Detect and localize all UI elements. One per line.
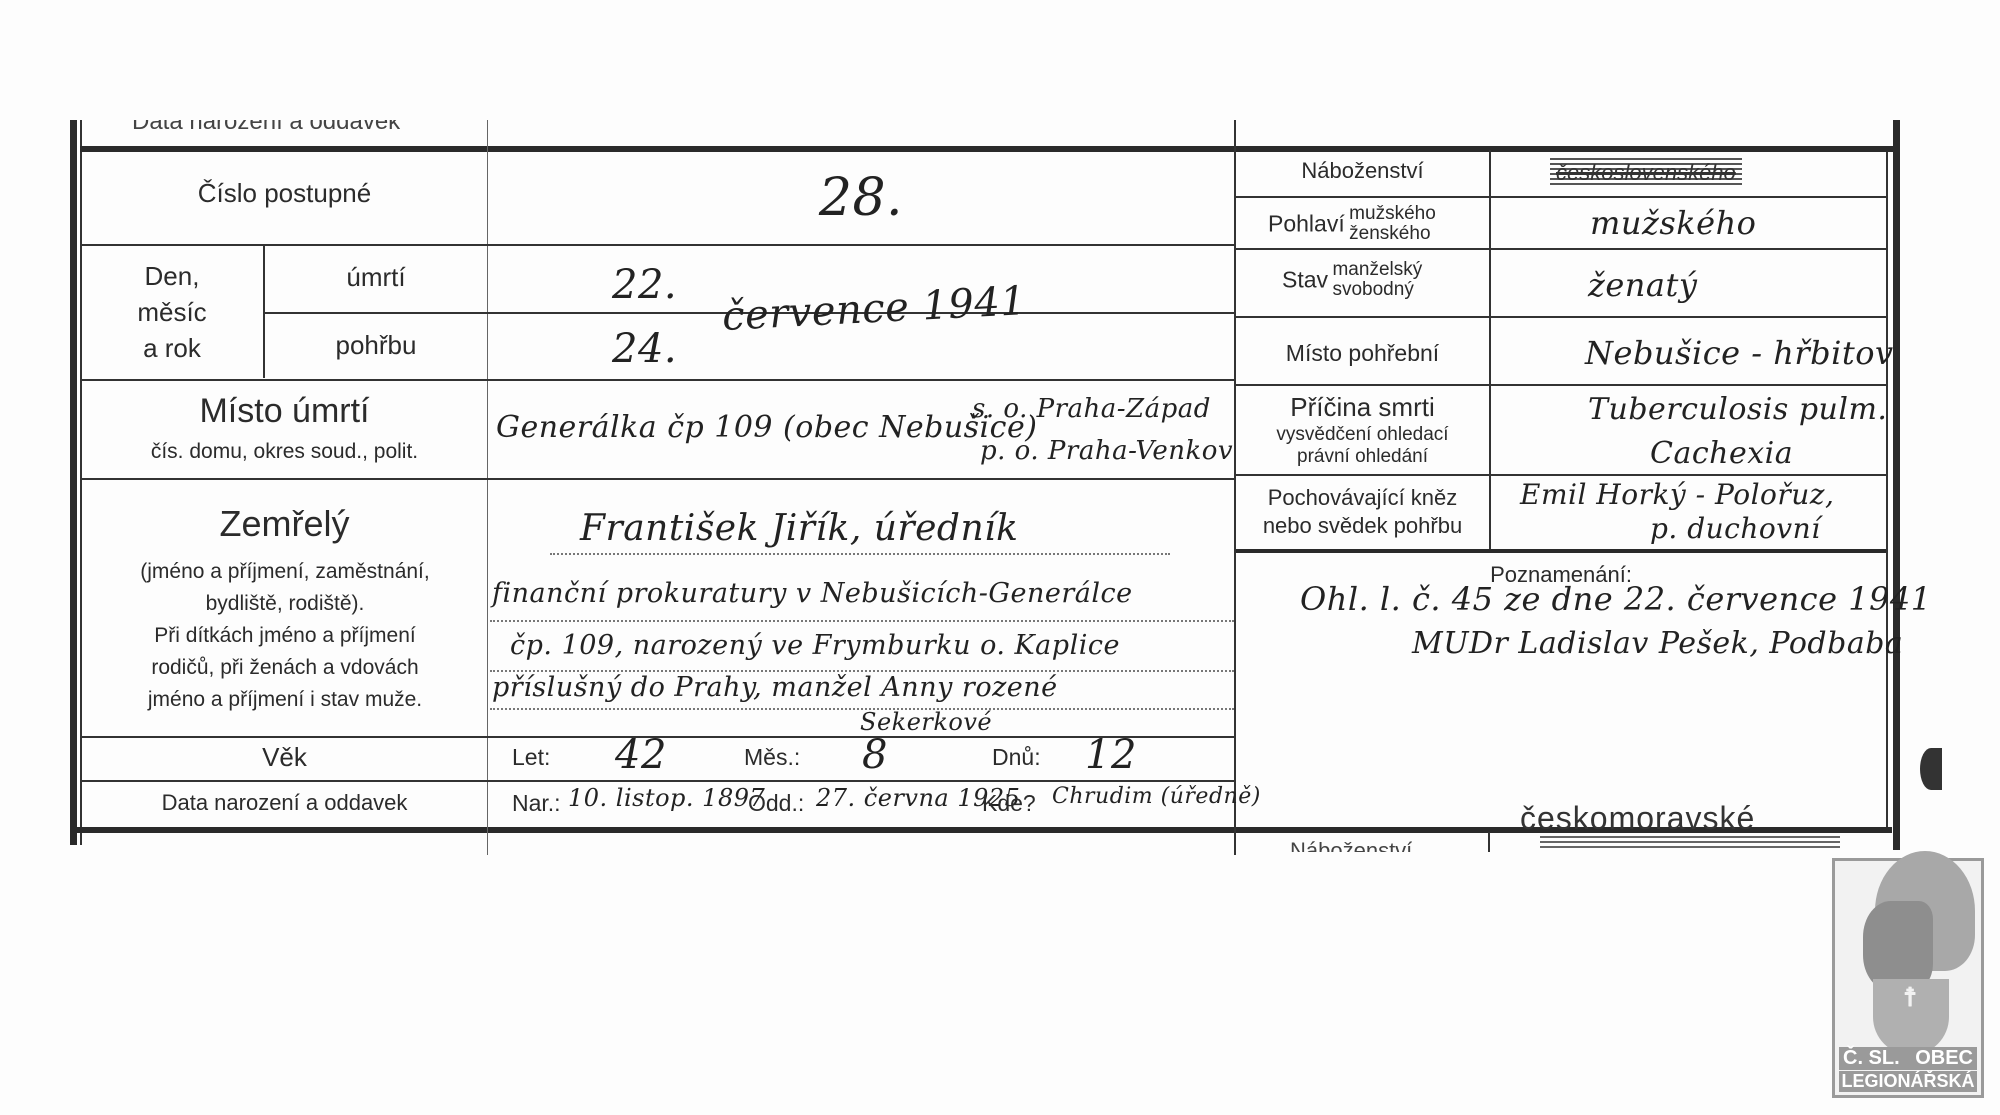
serial-label: Číslo postupné: [82, 178, 487, 209]
religion-label: Náboženství: [1236, 158, 1489, 184]
age-days-value: 12: [1085, 732, 1137, 778]
status-option-single: svobodný: [1332, 280, 1422, 300]
cause-value-2: Cachexia: [1650, 436, 1793, 471]
right-border-inner: [1886, 150, 1888, 830]
logo-line-1: Č. SL. OBEC: [1839, 1047, 1977, 1070]
deceased-line-1: [550, 553, 1170, 555]
place-value-district: s. o. Praha-Západ: [972, 394, 1211, 424]
birth-label: Nar.:: [512, 790, 561, 817]
place-sublabel: čís. domu, okres soud., polit.: [82, 440, 487, 464]
serial-value: 28.: [488, 168, 1234, 228]
birth-value: 10. listop. 1897: [568, 784, 765, 812]
where-label: Kde?: [982, 790, 1036, 817]
instr-line-2: bydliště, rodiště).: [90, 588, 480, 620]
rule-after-place: [82, 478, 1234, 480]
logo-text-right: OBEC: [1915, 1047, 1973, 1070]
sex-option-female: ženského: [1349, 224, 1436, 244]
deceased-line-2: [490, 620, 1234, 622]
next-record-divider-1: [1234, 832, 1236, 852]
deceased-value-4: příslušný do Prahy, manžel Anny rozené: [492, 672, 1058, 703]
right-label-divider: [1489, 150, 1491, 550]
place-value: Generálka čp 109 (obec Nebušice): [496, 410, 1037, 445]
logo-line-2: LEGIONÁŘSKÁ: [1839, 1071, 1977, 1092]
status-label-group: Stav manželský svobodný: [1282, 260, 1422, 300]
deceased-instructions: (jméno a příjmení, zaměstnání, bydliště,…: [90, 556, 480, 716]
instr-line-3: Při dítkách jméno a příjmení: [90, 620, 480, 652]
cutoff-header-label: Data narození a oddavek: [132, 108, 400, 136]
instr-line-5: jméno a příjmení i stav muže.: [90, 684, 480, 716]
dates-label: Data narození a oddavek: [82, 790, 487, 816]
date-group-line-2: měsíc: [82, 294, 262, 330]
age-label: Věk: [82, 742, 487, 773]
deceased-label: Zemřelý: [82, 503, 487, 545]
death-day-value: 22.: [612, 262, 677, 308]
notes-value-2: MUDr Ladislav Pešek, Podbaba: [1412, 626, 1903, 661]
sex-label: Pohlaví: [1268, 211, 1345, 237]
religion-next-strike: [1540, 836, 1840, 850]
burial-place-label: Místo pohřební: [1236, 340, 1489, 367]
double-cross-icon: ☨: [1903, 983, 1917, 1013]
cause-subline-1: vysvědčení ohledací: [1236, 424, 1489, 446]
status-option-married: manželský: [1332, 260, 1422, 280]
status-value: ženatý: [1588, 266, 1697, 304]
burial-date-label: pohřbu: [265, 330, 487, 361]
label-column-divider: [487, 120, 488, 855]
date-group-line-3: a rok: [82, 330, 262, 366]
death-date-label: úmrtí: [265, 262, 487, 293]
place-value-political: p. o. Praha-Venkov: [980, 436, 1233, 466]
r-rule-1: [1236, 196, 1886, 198]
age-years-value: 42: [615, 732, 667, 778]
status-options: manželský svobodný: [1332, 260, 1422, 300]
r-rule-6: [1236, 549, 1886, 553]
burial-day-value: 24.: [612, 326, 677, 372]
stamp-text: českomoravské: [1520, 800, 1755, 837]
marriage-label: Odd.:: [748, 790, 804, 817]
soldier-face-icon: [1863, 901, 1933, 991]
sex-label-group: Pohlaví mužského ženského: [1268, 204, 1436, 244]
scan-artifact: [1920, 748, 1942, 790]
sex-option-male: mužského: [1349, 204, 1436, 224]
r-rule-5: [1236, 474, 1886, 476]
cause-label: Příčina smrti: [1236, 392, 1489, 423]
age-months-label: Měs.:: [744, 744, 800, 771]
rule-after-serial: [82, 244, 1234, 246]
priest-label: Pochovávající kněz nebo svědek pohřbu: [1236, 484, 1489, 540]
rule-after-age: [82, 780, 1234, 782]
priest-label-line-2: nebo svědek pohřbu: [1236, 512, 1489, 540]
priest-value-1: Emil Horký - Polořuz,: [1520, 478, 1834, 511]
left-border: [70, 120, 77, 845]
date-group-label: Den, měsíc a rok: [82, 258, 262, 366]
age-days-label: Dnů:: [992, 744, 1041, 771]
priest-value-2: p. duchovní: [1650, 512, 1821, 545]
top-rule: [80, 146, 1895, 152]
logo-text-left: Č. SL.: [1843, 1047, 1900, 1070]
deceased-value-3: čp. 109, narozený ve Frymburku o. Kaplic…: [510, 630, 1120, 661]
date-group-line-1: Den,: [82, 258, 262, 294]
burial-place-value: Nebušice - hřbitov: [1585, 334, 1894, 372]
notes-value-1: Ohl. l. č. 45 ze dne 22. července 1941: [1300, 580, 1932, 618]
status-label: Stav: [1282, 267, 1328, 293]
age-years-label: Let:: [512, 744, 550, 771]
cause-value-1: Tuberculosis pulm.: [1588, 392, 1887, 427]
where-value: Chrudim (úředně): [1052, 784, 1261, 809]
rule-after-date: [82, 379, 1234, 381]
r-rule-2: [1236, 248, 1886, 250]
death-month-year-value: července 1941: [721, 278, 1027, 340]
right-border: [1893, 120, 1900, 850]
place-label: Místo úmrtí: [82, 392, 487, 431]
next-record-divider-2: [1488, 832, 1490, 852]
r-rule-3: [1236, 316, 1886, 318]
cause-sublabels: vysvědčení ohledací právní ohledání: [1236, 424, 1489, 468]
deceased-value-2: finanční prokuratury v Nebušicích-Generá…: [492, 578, 1133, 609]
instr-line-1: (jméno a příjmení, zaměstnání,: [90, 556, 480, 588]
deceased-value-1: František Jiřík, úředník: [580, 508, 1018, 549]
sex-options: mužského ženského: [1349, 204, 1436, 244]
religion-value: československého: [1550, 158, 1742, 188]
cause-subline-2: právní ohledání: [1236, 446, 1489, 468]
next-record-label: Náboženství: [1290, 838, 1412, 852]
age-months-value: 8: [862, 732, 888, 778]
priest-label-line-1: Pochovávající kněz: [1236, 484, 1489, 512]
instr-line-4: rodičů, při ženách a vdovách: [90, 652, 480, 684]
legion-logo: ☨ Č. SL. OBEC LEGIONÁŘSKÁ: [1832, 858, 1984, 1098]
sex-value: mužského: [1590, 204, 1756, 242]
r-rule-4: [1236, 384, 1886, 386]
